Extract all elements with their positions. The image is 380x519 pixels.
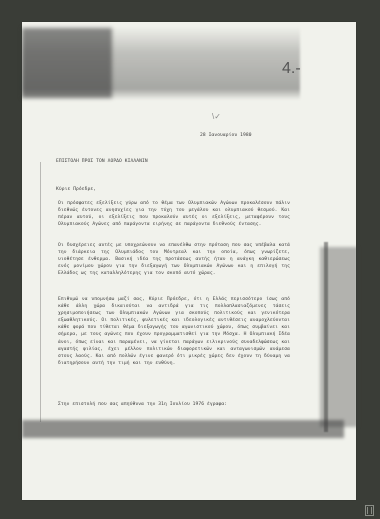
paragraph-1: Οι πρόσφατες εξελίξεις γύρω από το θέμα … bbox=[58, 200, 290, 228]
scan-smudge-right bbox=[320, 247, 358, 427]
paragraph-3: Επιθυμώ να υπομνήσω μαζί σας, Κύριε Πρόε… bbox=[58, 296, 290, 367]
letter-subject: ΕΠΙΣΤΟΛΗ ΠΡΟΣ ΤΟΝ ΛΟΡΔΟ ΚΙΛΛΑΝΙΝ bbox=[56, 158, 148, 165]
scan-smudge-top-left bbox=[22, 28, 112, 98]
archive-logo-icon bbox=[365, 505, 374, 516]
scan-smudge-bottom bbox=[22, 420, 344, 438]
check-mark: \✓ bbox=[212, 112, 221, 121]
letter-date: 28 Ιανουαρίου 1980 bbox=[200, 132, 252, 139]
scan-left-line bbox=[40, 162, 41, 422]
letter-salutation: Κύριε Πρόεδρε, bbox=[56, 186, 96, 193]
document-page: 4.- \✓ 28 Ιανουαρίου 1980 ΕΠΙΣΤΟΛΗ ΠΡΟΣ … bbox=[22, 22, 356, 500]
paragraph-4: Στην επιστολή που σας απηύθυνα την 31η Ι… bbox=[58, 401, 290, 408]
page-number: 4.- bbox=[282, 60, 301, 78]
paragraph-2: Οι δυσχέρειες αυτές με υποχρεώνουν να επ… bbox=[58, 242, 290, 277]
